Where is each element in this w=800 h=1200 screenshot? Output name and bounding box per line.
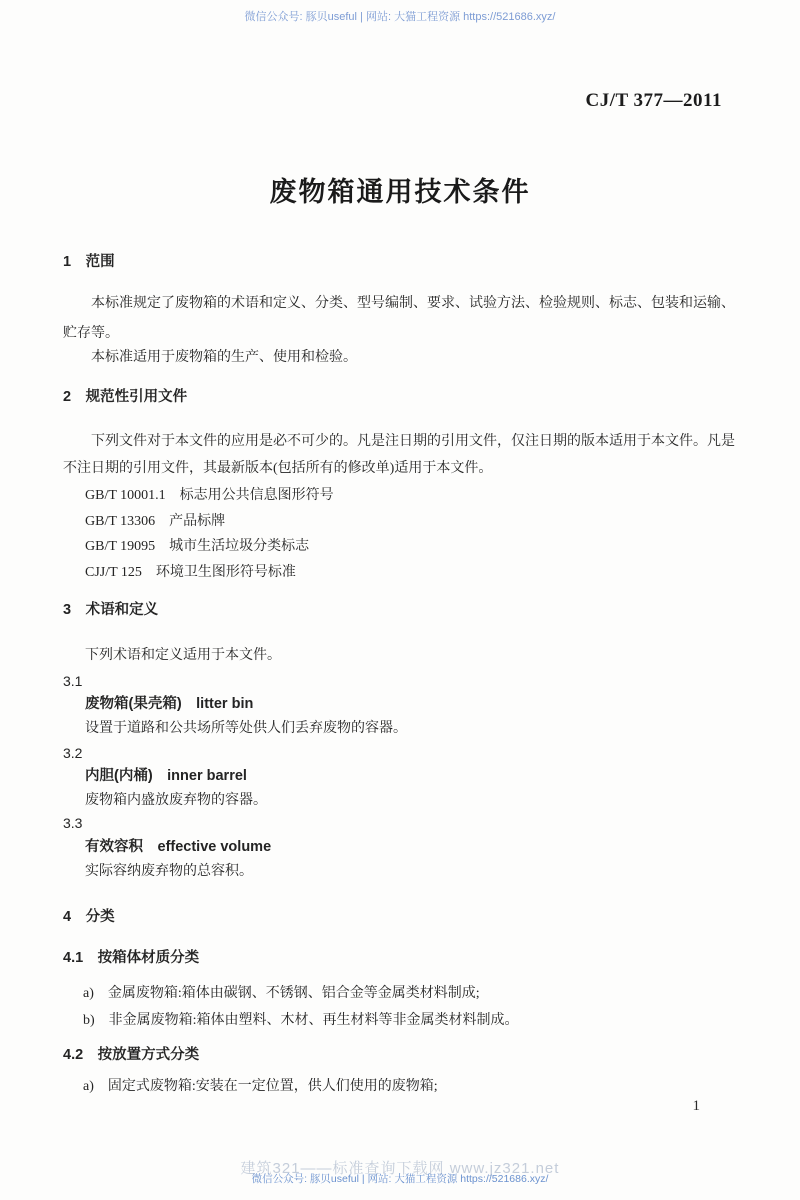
- reference-item: GB/T 10001.1 标志用公共信息图形符号: [63, 483, 737, 509]
- list-item-a: a) 固定式废物箱:安装在一定位置，供人们使用的废物箱;: [63, 1077, 737, 1097]
- term-definition: 废物箱内盛放废弃物的容器。: [63, 791, 737, 811]
- reference-item: GB/T 19095 城市生活垃圾分类标志: [63, 534, 737, 560]
- term-title: 废物箱(果壳箱) litter bin: [63, 695, 737, 714]
- section-2-paragraph-1: 下列文件对于本文件的应用是必不可少的。凡是注日期的引用文件，仅注日期的版本适用于…: [63, 428, 737, 482]
- term-title: 有效容积 effective volume: [63, 838, 737, 857]
- term-number: 3.3: [63, 814, 737, 832]
- watermark-top: 微信公众号: 豚贝useful | 网站: 大猫工程资源 https://521…: [0, 8, 800, 24]
- section-4-heading: 4 分类: [63, 907, 737, 927]
- term-number: 3.1: [63, 672, 737, 690]
- reference-item: CJJ/T 125 环境卫生图形符号标准: [63, 560, 737, 586]
- standard-number: CJ/T 377—2011: [585, 90, 722, 112]
- section-1-paragraph-1: 本标准规定了废物箱的术语和定义、分类、型号编制、要求、试验方法、检验规则、标志、…: [63, 289, 737, 349]
- section-3-heading: 3 术语和定义: [63, 600, 737, 620]
- page-number: 1: [693, 1098, 701, 1115]
- term-number: 3.2: [63, 744, 737, 762]
- term-title: 内胆(内桶) inner barrel: [63, 767, 737, 786]
- section-3-intro: 下列术语和定义适用于本文件。: [63, 646, 737, 666]
- watermark-bottom-wechat: 微信公众号: 豚贝useful | 网站: 大猫工程资源 https://521…: [0, 1171, 800, 1186]
- section-2-heading: 2 规范性引用文件: [63, 387, 737, 407]
- document-page: 微信公众号: 豚贝useful | 网站: 大猫工程资源 https://521…: [0, 0, 800, 1200]
- term-definition: 实际容纳废弃物的总容积。: [63, 862, 737, 882]
- document-title: 废物箱通用技术条件: [0, 170, 800, 209]
- normative-references-list: GB/T 10001.1 标志用公共信息图形符号 GB/T 13306 产品标牌…: [63, 483, 737, 585]
- section-4-1-heading: 4.1 按箱体材质分类: [63, 948, 737, 968]
- reference-item: GB/T 13306 产品标牌: [63, 509, 737, 535]
- list-item-b: b) 非金属废物箱:箱体由塑料、木材、再生材料等非金属类材料制成。: [63, 1011, 737, 1031]
- section-1-heading: 1 范围: [63, 252, 737, 272]
- section-4-2-heading: 4.2 按放置方式分类: [63, 1045, 737, 1065]
- term-definition: 设置于道路和公共场所等处供人们丢弃废物的容器。: [63, 719, 737, 739]
- section-1-paragraph-2: 本标准适用于废物箱的生产、使用和检验。: [63, 344, 737, 372]
- list-item-a: a) 金属废物箱:箱体由碳钢、不锈钢、铝合金等金属类材料制成;: [63, 984, 737, 1004]
